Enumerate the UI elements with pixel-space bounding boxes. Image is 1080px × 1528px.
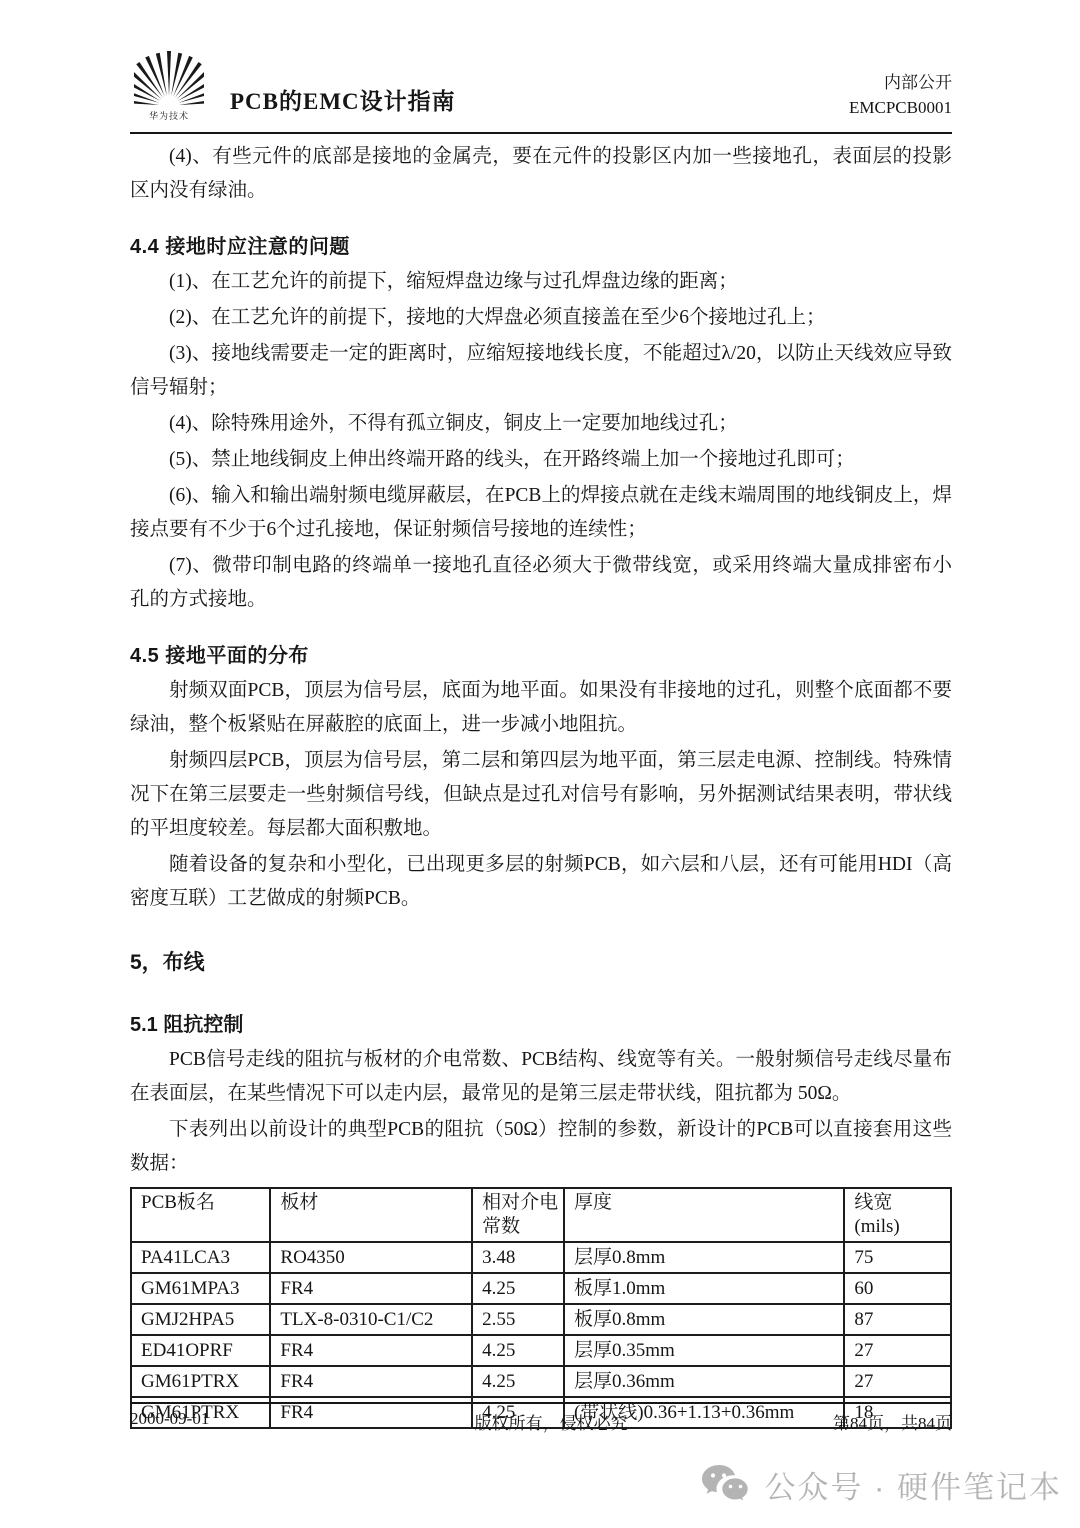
- classification-label: 内部公开: [849, 70, 952, 95]
- chapter-5-heading: 5，布线: [130, 946, 952, 976]
- watermark-text: 公众号 · 硬件笔记本: [764, 1462, 1062, 1507]
- carryover-paragraph: (4)、有些元件的底部是接地的金属壳，要在元件的投影区内加一些接地孔，表面层的投…: [130, 140, 952, 208]
- table-header-row: PCB板名 板材 相对介电 常数 厚度 线宽 (mils): [131, 1188, 951, 1242]
- cell-trace-width: 87: [844, 1304, 951, 1335]
- grounding-note-1: (1)、在工艺允许的前提下，缩短焊盘边缘与过孔焊盘边缘的距离；: [130, 265, 952, 299]
- cell-board-name: ED41OPRF: [131, 1335, 270, 1366]
- page-footer: 2000-09-01 版权所有，侵权必究 第84页，共84页: [130, 1402, 952, 1434]
- table-row: GM61MPA3 FR4 4.25 板厚1.0mm 60: [131, 1273, 951, 1304]
- cell-material: FR4: [270, 1366, 472, 1397]
- grounding-note-4: (4)、除特殊用途外，不得有孤立铜皮，铜皮上一定要加地线过孔；: [130, 407, 952, 441]
- table-row: GM61PTRX FR4 4.25 层厚0.36mm 27: [131, 1366, 951, 1397]
- huawei-fan-icon: [134, 50, 204, 108]
- cell-material: RO4350: [270, 1242, 472, 1273]
- grounding-note-2: (2)、在工艺允许的前提下，接地的大焊盘必须直接盖在至少6个接地过孔上；: [130, 301, 952, 335]
- cell-dielectric: 2.55: [472, 1304, 564, 1335]
- col-header-material: 板材: [270, 1188, 472, 1242]
- impedance-paragraph-2: 下表列出以前设计的典型PCB的阻抗（50Ω）控制的参数，新设计的PCB可以直接套…: [130, 1113, 952, 1181]
- col-header-dielectric: 相对介电 常数: [472, 1188, 564, 1242]
- ground-plane-paragraph-1: 射频双面PCB，顶层为信号层，底面为地平面。如果没有非接地的过孔，则整个底面都不…: [130, 674, 952, 742]
- header-meta: 内部公开 EMCPCB0001: [849, 70, 952, 120]
- cell-board-name: PA41LCA3: [131, 1242, 270, 1273]
- page-header: 华为技术 PCB的EMC设计指南 内部公开 EMCPCB0001: [130, 0, 952, 134]
- cell-thickness: 板厚0.8mm: [564, 1304, 844, 1335]
- document-title: PCB的EMC设计指南: [230, 83, 456, 116]
- impedance-paragraph-1: PCB信号走线的阻抗与板材的介电常数、PCB结构、线宽等有关。一般射频信号走线尽…: [130, 1043, 952, 1111]
- cell-board-name: GM61PTRX: [131, 1366, 270, 1397]
- cell-material: TLX-8-0310-C1/C2: [270, 1304, 472, 1335]
- doc-number: EMCPCB0001: [849, 95, 952, 120]
- cell-trace-width: 75: [844, 1242, 951, 1273]
- cell-board-name: GMJ2HPA5: [131, 1304, 270, 1335]
- cell-dielectric: 4.25: [472, 1366, 564, 1397]
- grounding-note-7: (7)、微带印制电路的终端单一接地孔直径必须大于微带线宽，或采用终端大量成排密布…: [130, 549, 952, 617]
- col-header-board-name: PCB板名: [131, 1188, 270, 1242]
- cell-dielectric: 4.25: [472, 1273, 564, 1304]
- col-header-trace-width: 线宽 (mils): [844, 1188, 951, 1242]
- col-header-thickness: 厚度: [564, 1188, 844, 1242]
- cell-dielectric: 3.48: [472, 1242, 564, 1273]
- table-row: PA41LCA3 RO4350 3.48 层厚0.8mm 75: [131, 1242, 951, 1273]
- ground-plane-paragraph-2: 射频四层PCB，顶层为信号层，第二层和第四层为地平面，第三层走电源、控制线。特殊…: [130, 744, 952, 846]
- footer-page-info: 第84页，共84页: [833, 1409, 952, 1434]
- footer-copyright: 版权所有，侵权必究: [475, 1409, 628, 1434]
- grounding-note-5: (5)、禁止地线铜皮上伸出终端开路的线头，在开路终端上加一个接地过孔即可；: [130, 443, 952, 477]
- document-page: 华为技术 PCB的EMC设计指南 内部公开 EMCPCB0001 (4)、有些元…: [0, 0, 1080, 1528]
- ground-plane-paragraph-3: 随着设备的复杂和小型化，已出现更多层的射频PCB，如六层和八层，还有可能用HDI…: [130, 848, 952, 916]
- table-row: ED41OPRF FR4 4.25 层厚0.35mm 27: [131, 1335, 951, 1366]
- cell-thickness: 层厚0.8mm: [564, 1242, 844, 1273]
- section-4-5-heading: 4.5 接地平面的分布: [130, 639, 952, 668]
- cell-thickness: 层厚0.36mm: [564, 1366, 844, 1397]
- logo-caption: 华为技术: [149, 109, 189, 122]
- cell-trace-width: 27: [844, 1366, 951, 1397]
- cell-material: FR4: [270, 1335, 472, 1366]
- section-5-1-heading: 5.1 阻抗控制: [130, 1008, 952, 1037]
- impedance-parameters-table: PCB板名 板材 相对介电 常数 厚度 线宽 (mils) PA41LCA3 R…: [130, 1187, 952, 1429]
- table-row: GMJ2HPA5 TLX-8-0310-C1/C2 2.55 板厚0.8mm 8…: [131, 1304, 951, 1335]
- cell-trace-width: 60: [844, 1273, 951, 1304]
- wechat-icon: [700, 1464, 752, 1506]
- cell-board-name: GM61MPA3: [131, 1273, 270, 1304]
- document-content: 华为技术 PCB的EMC设计指南 内部公开 EMCPCB0001 (4)、有些元…: [130, 0, 952, 1429]
- cell-thickness: 层厚0.35mm: [564, 1335, 844, 1366]
- wechat-watermark: 公众号 · 硬件笔记本: [700, 1462, 1062, 1507]
- footer-date: 2000-09-01: [130, 1409, 209, 1434]
- cell-thickness: 板厚1.0mm: [564, 1273, 844, 1304]
- grounding-note-6: (6)、输入和输出端射频电缆屏蔽层，在PCB上的焊接点就在走线末端周围的地线铜皮…: [130, 479, 952, 547]
- cell-trace-width: 27: [844, 1335, 951, 1366]
- cell-dielectric: 4.25: [472, 1335, 564, 1366]
- section-4-4-heading: 4.4 接地时应注意的问题: [130, 230, 952, 259]
- cell-material: FR4: [270, 1273, 472, 1304]
- huawei-logo: 华为技术: [130, 50, 208, 122]
- grounding-note-3: (3)、接地线需要走一定的距离时，应缩短接地线长度，不能超过λ/20，以防止天线…: [130, 337, 952, 405]
